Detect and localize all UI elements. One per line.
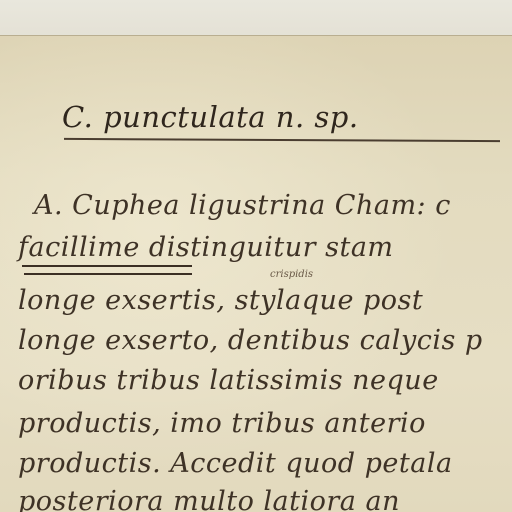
manuscript-line-4: longe exserto, dentibus calycis p <box>18 325 483 356</box>
manuscript-line-5: oribus tribus latissimis neque <box>18 365 439 396</box>
manuscript-line-8: posteriora multo latiora an <box>18 486 400 512</box>
interlinear-note: crispidis <box>270 269 313 280</box>
manuscript-line-1: A. Cuphea ligustrina Cham: c <box>34 190 451 221</box>
manuscript-line-7: productis. Accedit quod petala <box>18 448 453 479</box>
emphasized-word: facillime <box>18 232 140 263</box>
manuscript-line-3: longe exsertis, stylaque post <box>18 285 423 316</box>
manuscript-line-6: productis, imo tribus anterio <box>18 408 426 439</box>
manuscript-line-2: facillime distinguitur stam <box>18 232 394 263</box>
double-underline-bottom <box>24 273 192 275</box>
backing-paper <box>0 0 512 38</box>
line-2-rest: distinguitur stam <box>140 232 394 263</box>
page-title: C. punctulata n. sp. <box>62 100 359 134</box>
double-underline-top <box>22 265 192 267</box>
